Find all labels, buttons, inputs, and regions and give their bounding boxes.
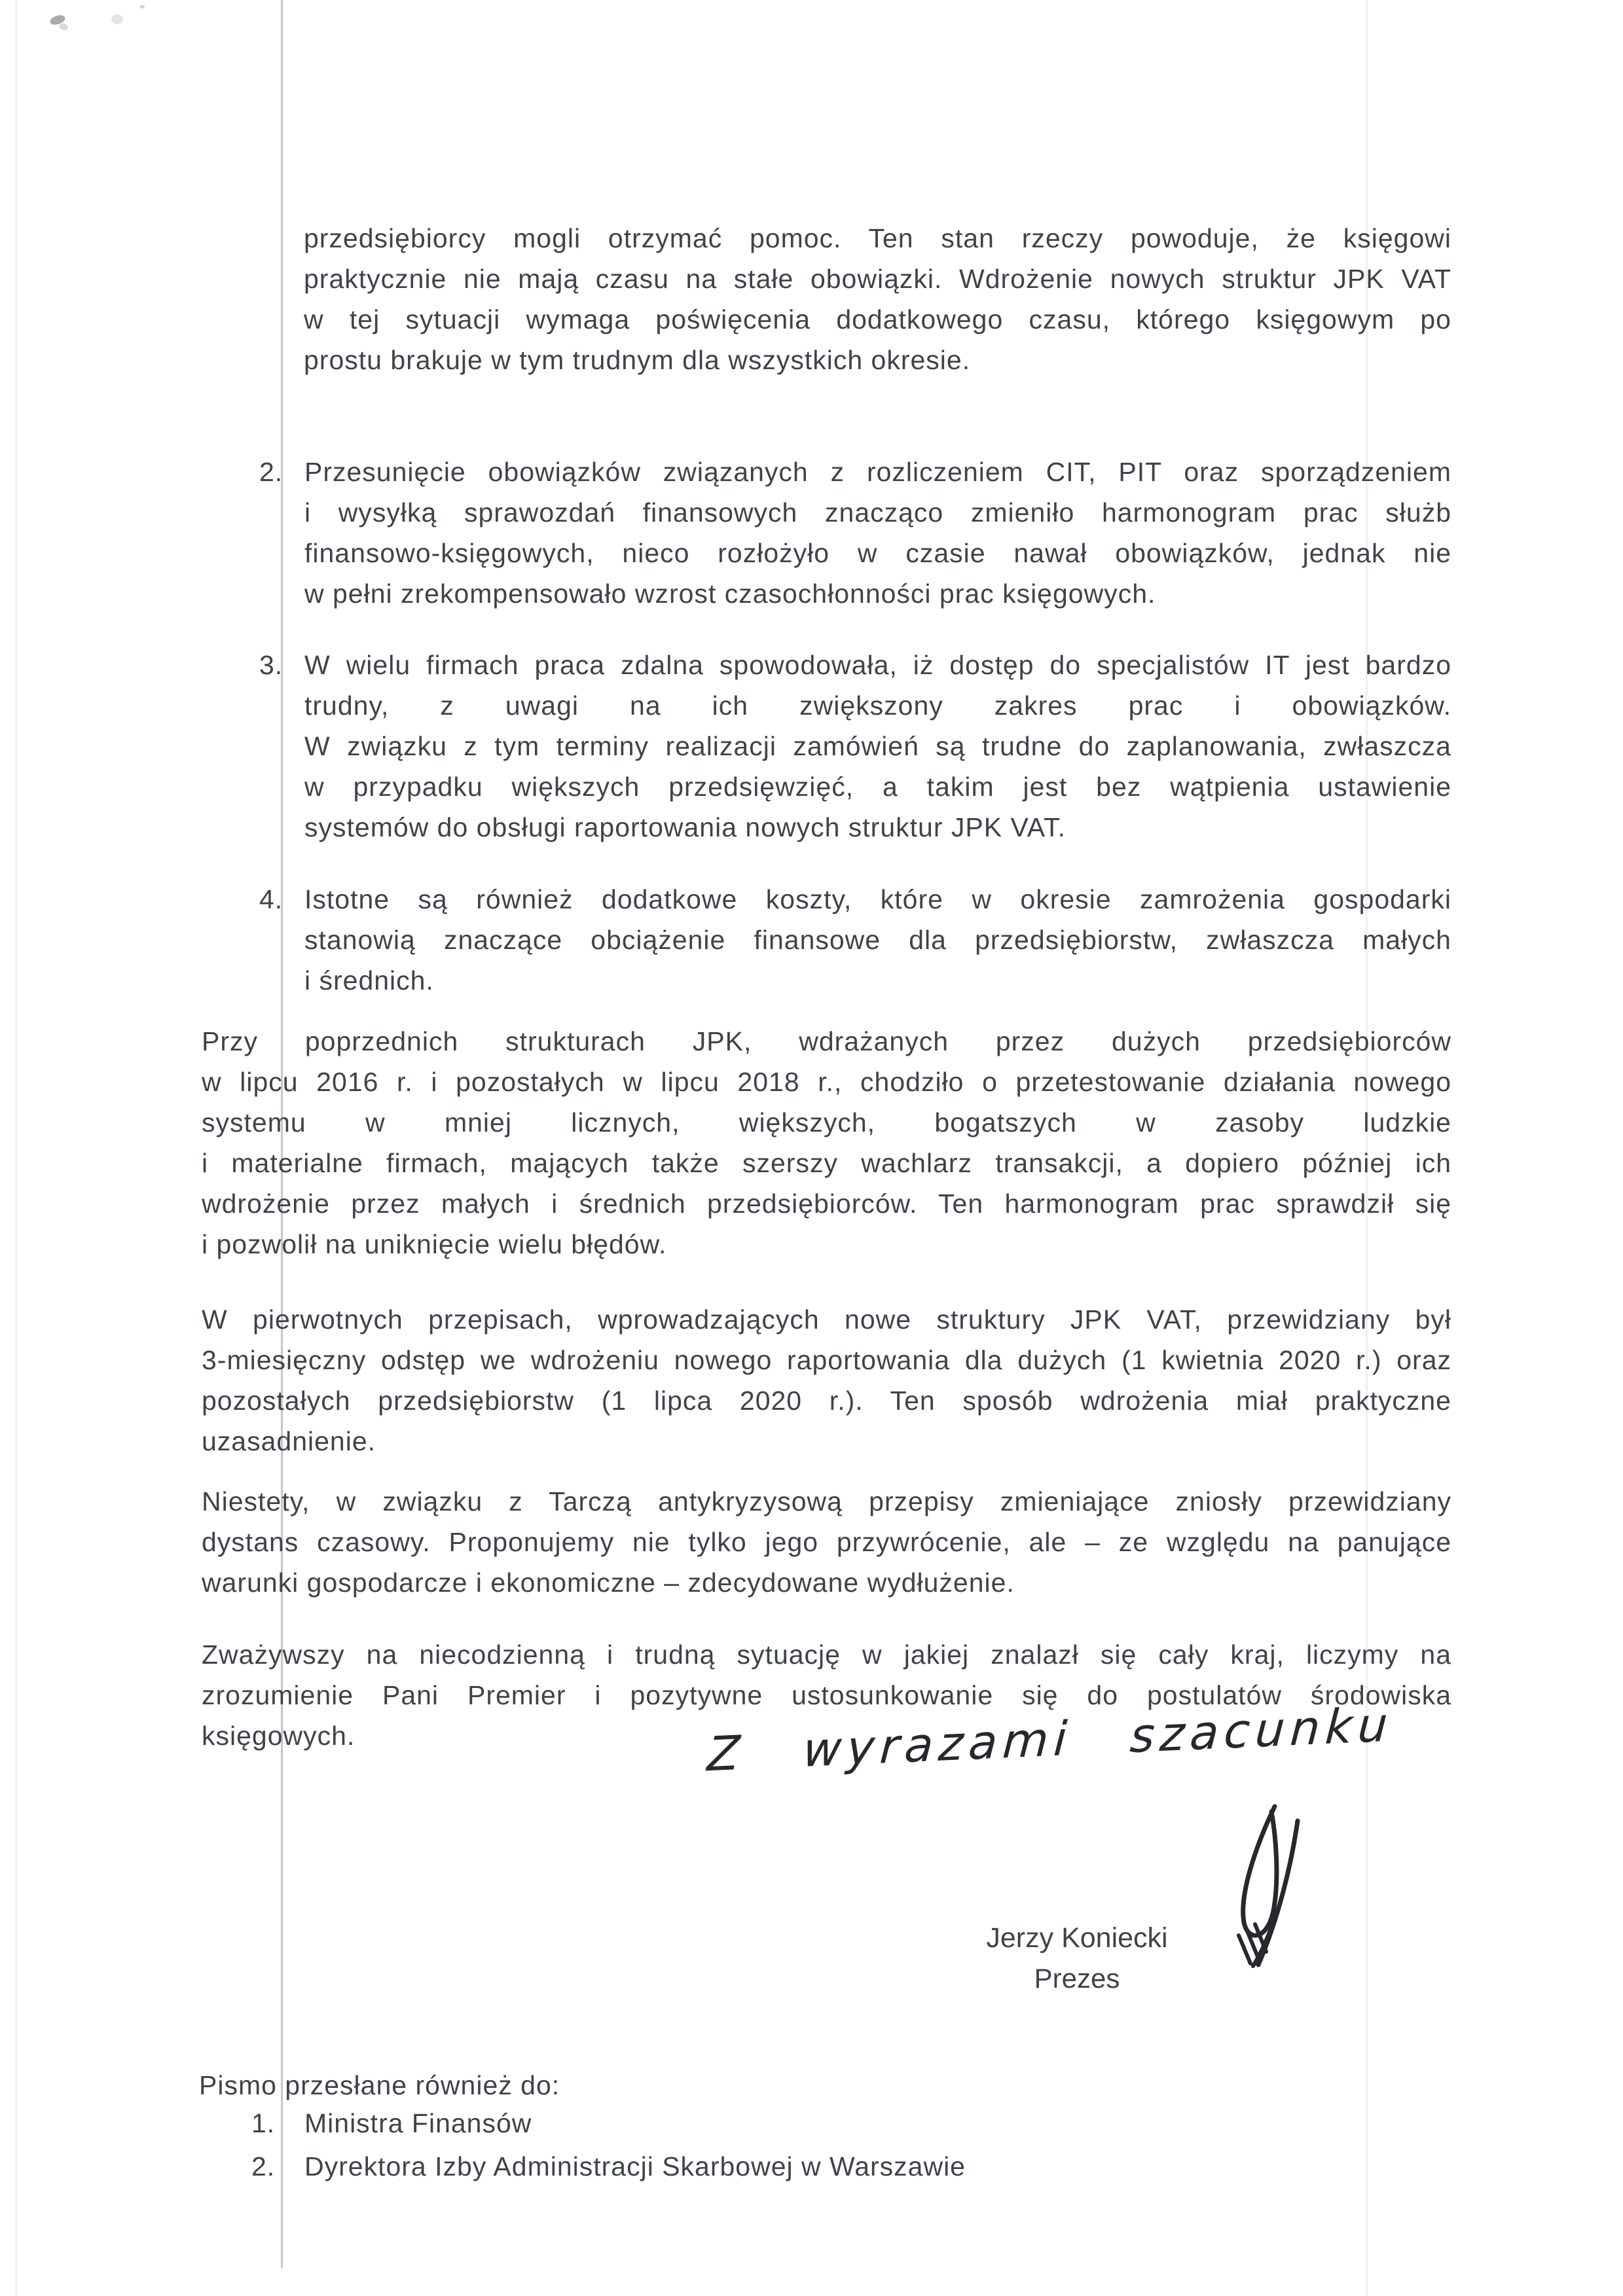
text-line: W pierwotnych przepisach, wprowadzającyc… — [202, 1299, 1451, 1340]
text-line: Niestety, w związku z Tarczą antykryzyso… — [202, 1481, 1451, 1522]
item-number: 3. — [202, 645, 304, 848]
text-line: Przesunięcie obowiązków związanych z roz… — [304, 452, 1451, 492]
paragraph-item1-continuation: przedsiębiorcy mogli otrzymać pomoc. Ten… — [304, 218, 1451, 380]
text-line: prostu brakuje w tym trudnym dla wszystk… — [304, 340, 1451, 380]
distribution-item-1: 1. Ministra Finansów — [199, 2105, 1476, 2142]
text-line: i wysyłką sprawozdań finansowych znacząc… — [304, 492, 1451, 533]
item-number: 2. — [202, 452, 304, 614]
text-line: systemu w mniej licznych, większych, bog… — [202, 1102, 1451, 1143]
text-line: 3-miesięczny odstęp we wdrożeniu nowego … — [202, 1340, 1451, 1380]
signatory-title: Prezes — [939, 1958, 1214, 1999]
text-line: stanowią znaczące obciążenie finansowe d… — [304, 920, 1451, 960]
text-line: warunki gospodarcze i ekonomiczne – zdec… — [202, 1562, 1451, 1603]
item-text: Przesunięcie obowiązków związanych z roz… — [304, 452, 1451, 614]
text-line: przedsiębiorcy mogli otrzymać pomoc. Ten… — [304, 218, 1451, 259]
text-line: W wielu firmach praca zdalna spowodowała… — [304, 645, 1451, 685]
scan-smudge — [58, 22, 69, 31]
numbered-item-4: 4. Istotne są również dodatkowe koszty, … — [202, 879, 1451, 1001]
signatory-block: Jerzy Koniecki Prezes — [939, 1918, 1214, 1999]
item-number: 2. — [199, 2148, 304, 2185]
text-line: uzasadnienie. — [202, 1421, 1451, 1462]
text-line: Zważywszy na niecodzienną i trudną sytua… — [202, 1634, 1451, 1675]
item-number: 4. — [202, 879, 304, 1001]
distribution-item-2: 2. Dyrektora Izby Administracji Skarbowe… — [199, 2148, 1476, 2185]
numbered-item-2: 2. Przesunięcie obowiązków związanych z … — [202, 452, 1451, 614]
signatory-name: Jerzy Koniecki — [939, 1918, 1214, 1958]
paragraph-jpk-history: Przy poprzednich strukturach JPK, wdraża… — [202, 1021, 1451, 1265]
text-line: pozostałych przedsiębiorstw (1 lipca 202… — [202, 1380, 1451, 1421]
text-line: w lipcu 2016 r. i pozostałych w lipcu 20… — [202, 1062, 1451, 1102]
scanned-letter-page: przedsiębiorcy mogli otrzymać pomoc. Ten… — [0, 0, 1623, 2296]
text-line: i średnich. — [304, 960, 1451, 1001]
scan-edge-artifact-left — [15, 0, 17, 2296]
text-line: i pozwolił na uniknięcie wielu błędów. — [202, 1224, 1451, 1265]
distribution-heading: Pismo przesłane również do: — [199, 2067, 560, 2104]
scan-smudge — [139, 5, 145, 9]
text-line: i materialne firmach, mających także sze… — [202, 1143, 1451, 1183]
text-line: finansowo-księgowych, nieco rozłożyło w … — [304, 533, 1451, 573]
item-text: Ministra Finansów — [304, 2105, 1476, 2142]
scan-smudge — [111, 14, 123, 24]
item-text: Istotne są również dodatkowe koszty, któ… — [304, 879, 1451, 1001]
paragraph-original-rules: W pierwotnych przepisach, wprowadzającyc… — [202, 1299, 1451, 1462]
text-line: Istotne są również dodatkowe koszty, któ… — [304, 879, 1451, 920]
item-text: W wielu firmach praca zdalna spowodowała… — [304, 645, 1451, 848]
paragraph-anticrisis-shield: Niestety, w związku z Tarczą antykryzyso… — [202, 1481, 1451, 1603]
item-number: 1. — [199, 2105, 304, 2142]
signature-stroke — [1243, 1806, 1277, 1935]
text-line: systemów do obsługi raportowania nowych … — [304, 807, 1451, 848]
text-line: W związku z tym terminy realizacji zamów… — [304, 726, 1451, 766]
text-line: wdrożenie przez małych i średnich przeds… — [202, 1183, 1451, 1224]
text-line: praktycznie nie mają czasu na stałe obow… — [304, 259, 1451, 299]
text-line: Przy poprzednich strukturach JPK, wdraża… — [202, 1021, 1451, 1062]
numbered-item-3: 3. W wielu firmach praca zdalna spowodow… — [202, 645, 1451, 848]
text-line: w tej sytuacji wymaga poświęcenia dodatk… — [304, 299, 1451, 340]
text-line: dystans czasowy. Proponujemy nie tylko j… — [202, 1522, 1451, 1562]
text-line: w przypadku większych przedsięwzięć, a t… — [304, 766, 1451, 807]
text-line: w pełni zrekompensowało wzrost czasochło… — [304, 573, 1451, 614]
item-text: Dyrektora Izby Administracji Skarbowej w… — [304, 2148, 1476, 2185]
text-line: trudny, z uwagi na ich zwiększony zakres… — [304, 685, 1451, 726]
